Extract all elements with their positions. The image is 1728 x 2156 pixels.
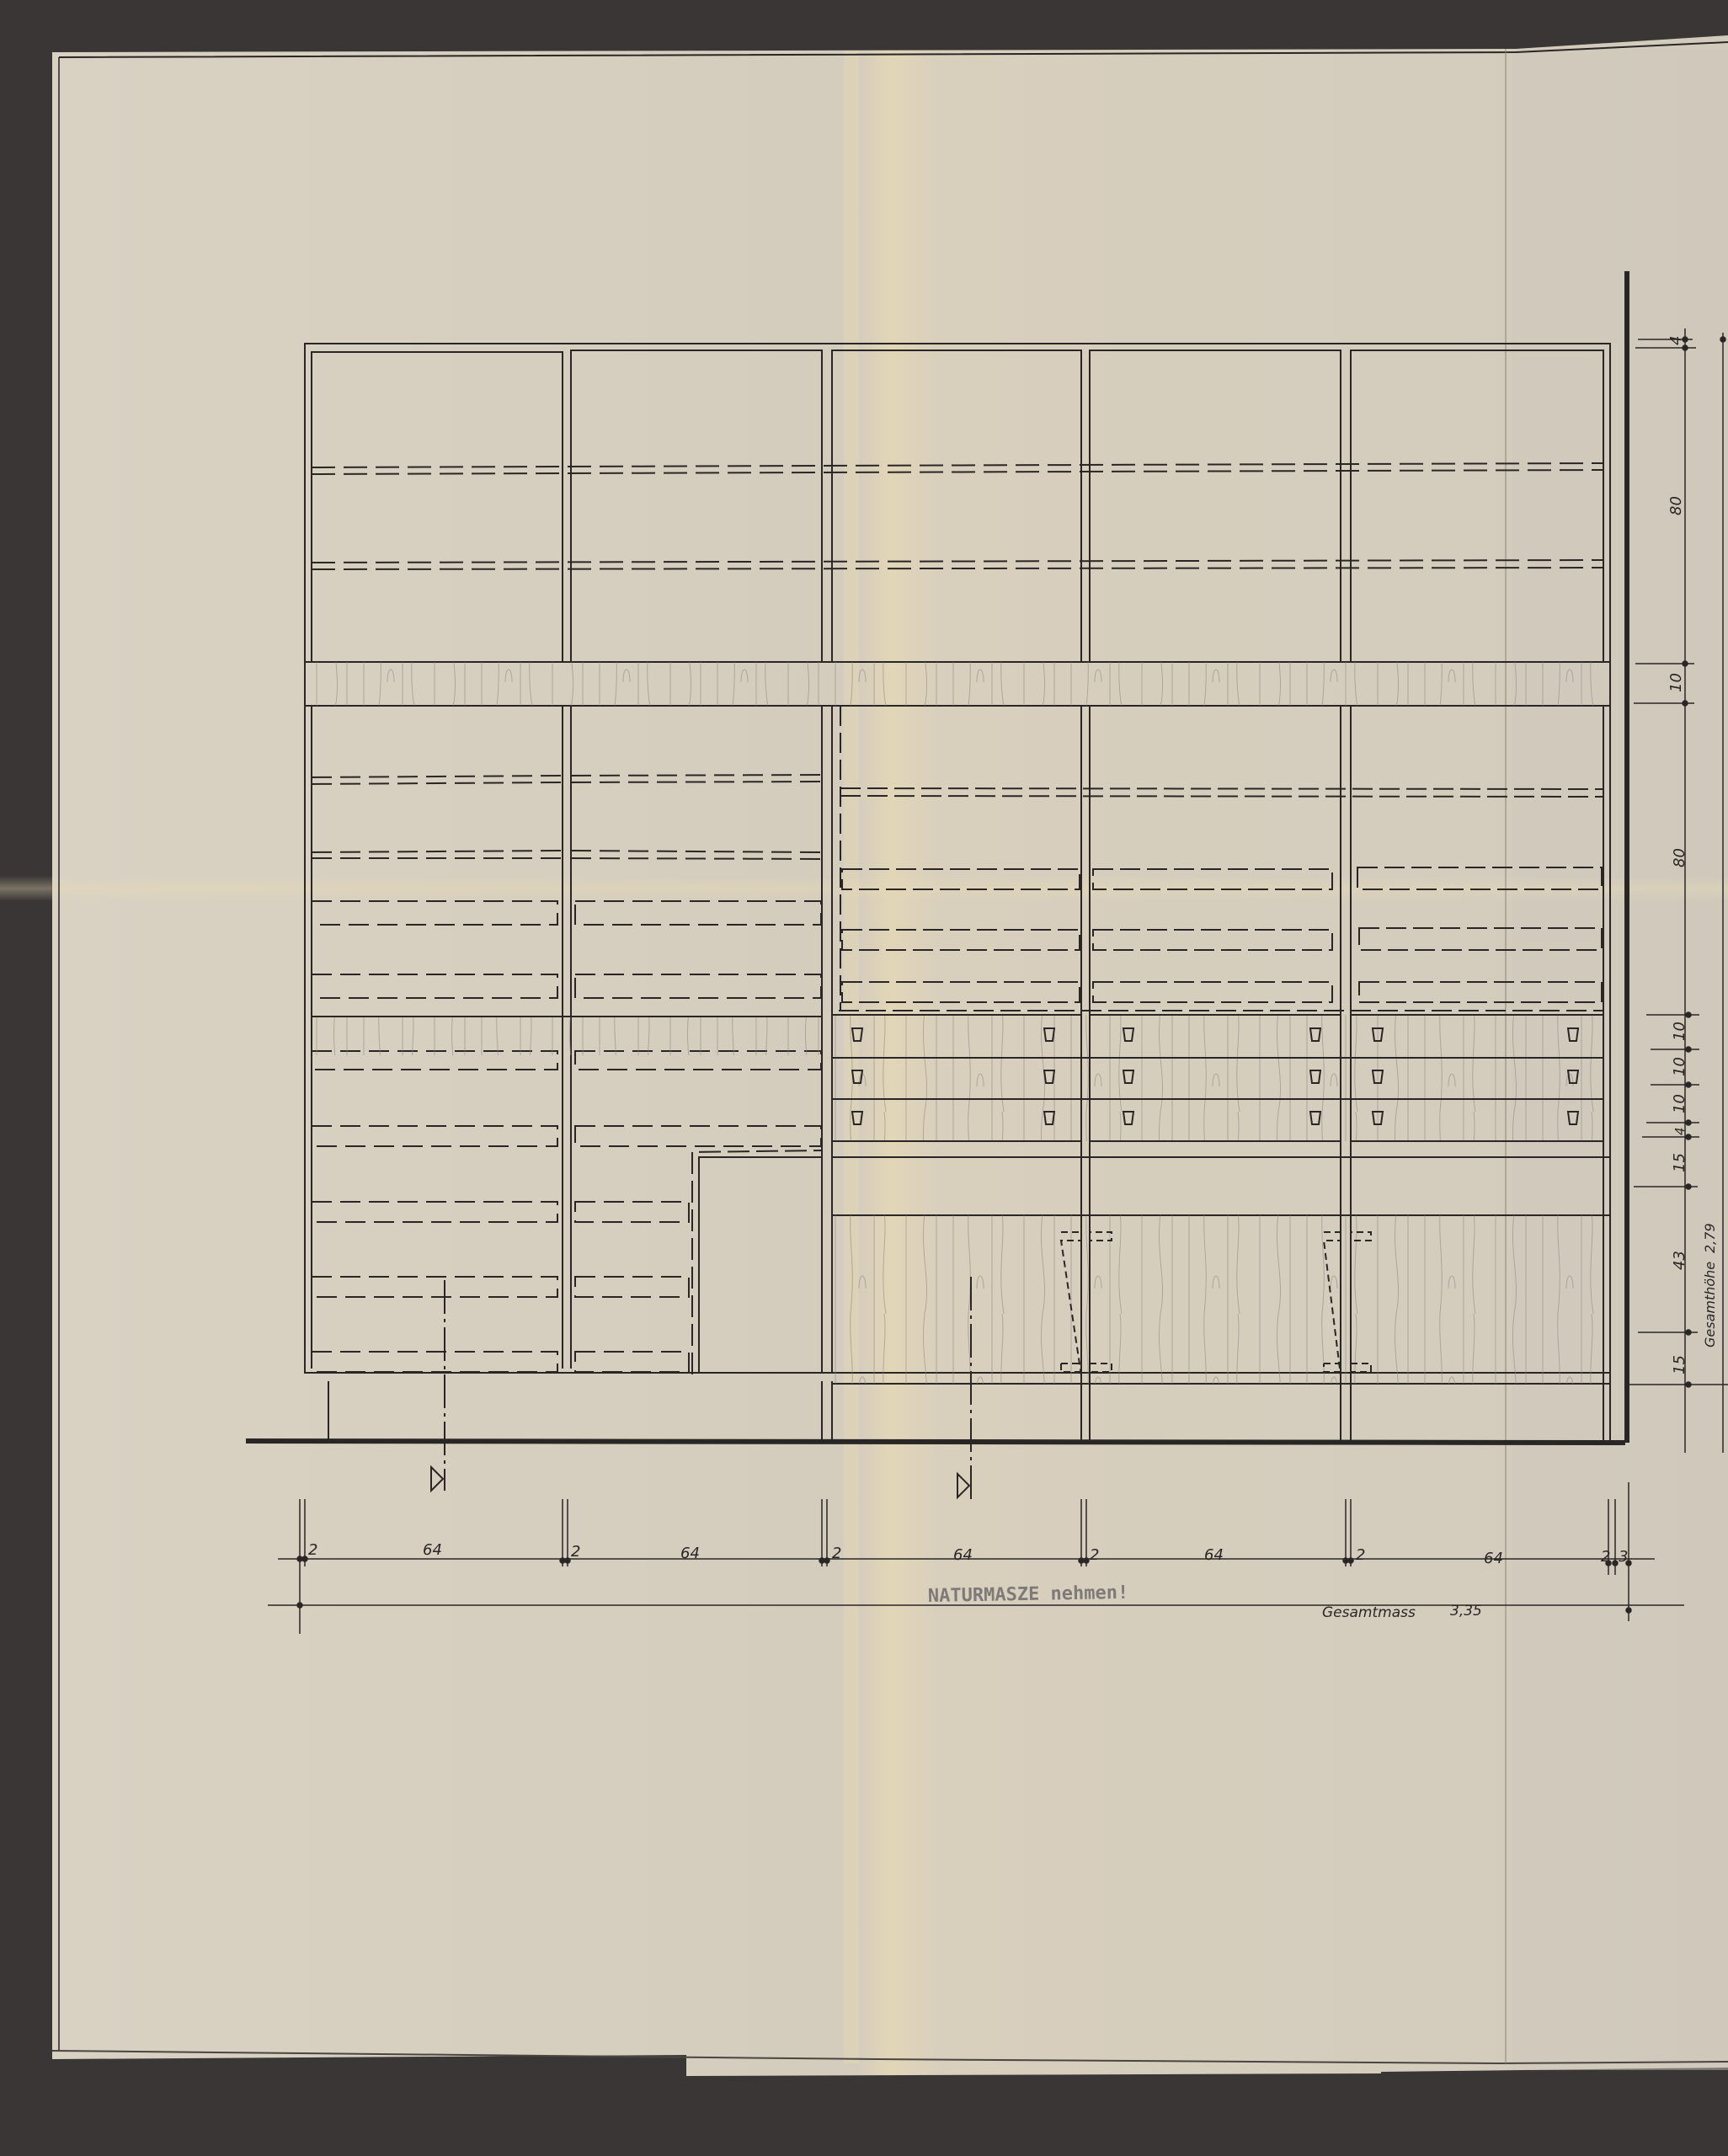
dim-v-plinth: 15 bbox=[1671, 1355, 1688, 1374]
dim-h-end-wall: 3 bbox=[1619, 1548, 1628, 1566]
dim-h-gap-2: 2 bbox=[571, 1543, 580, 1561]
naturmasze-stamp: NATURMASZE nehmen! bbox=[928, 1582, 1129, 1607]
dim-v-divider: 4 bbox=[1672, 1127, 1688, 1135]
dim-h-col-5: 64 bbox=[1484, 1550, 1503, 1567]
dim-v-wood-band: 10 bbox=[1667, 673, 1685, 692]
total-width-annotation: Gesamtmass 3,35 bbox=[1322, 1603, 1482, 1621]
dim-v-open-niche: 15 bbox=[1671, 1153, 1688, 1172]
dim-h-end-gap: 2 bbox=[1601, 1548, 1610, 1566]
total-width-label: Gesamtmass bbox=[1322, 1604, 1416, 1621]
dim-h-col-4: 64 bbox=[1204, 1546, 1224, 1564]
dim-h-gap-1: 2 bbox=[308, 1541, 317, 1559]
dim-h-gap-4: 2 bbox=[1090, 1546, 1099, 1564]
dim-v-upper-shelf: 80 bbox=[1667, 496, 1685, 515]
dim-v-drawer-1: 10 bbox=[1671, 1022, 1688, 1041]
drawing-sheet: 2 64 2 64 2 64 2 64 2 64 2 3 NATURMASZE … bbox=[0, 0, 1728, 2156]
dim-h-col-1: 64 bbox=[423, 1541, 442, 1559]
floor-line bbox=[246, 1441, 1625, 1443]
dim-h-col-3: 64 bbox=[953, 1546, 973, 1564]
dim-v-drawer-3: 10 bbox=[1671, 1094, 1688, 1113]
lower-cabinet bbox=[832, 1215, 1610, 1384]
dim-h-col-2: 64 bbox=[680, 1545, 700, 1562]
total-height-label: Gesamthöhe bbox=[1702, 1262, 1718, 1347]
left-wood-band bbox=[312, 1017, 822, 1055]
dim-v-cabinet-doors: 43 bbox=[1671, 1251, 1688, 1270]
dim-v-drawer-2: 10 bbox=[1671, 1057, 1688, 1076]
total-height-value: 2,79 bbox=[1702, 1223, 1718, 1253]
total-width-value: 3,35 bbox=[1450, 1603, 1482, 1620]
dim-h-gap-5: 2 bbox=[1356, 1546, 1365, 1564]
dim-h-gap-3: 2 bbox=[832, 1545, 841, 1562]
dim-v-top: 4 bbox=[1667, 336, 1685, 345]
dim-v-middle-shelf: 80 bbox=[1671, 848, 1688, 867]
total-height-annotation: Gesamthöhe 2,79 bbox=[1702, 1223, 1718, 1347]
